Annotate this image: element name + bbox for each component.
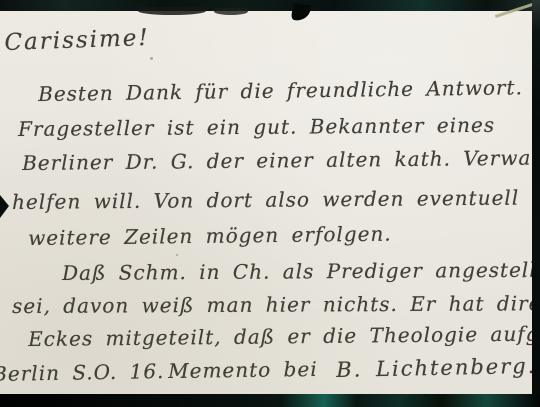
handwriting-line-3: Berliner Dr. G. der einer alten kath. Ve… [22,146,540,175]
handwriting-line-5: weitere Zeilen mögen erfolgen. [28,222,392,250]
handwriting-line-2: Fragesteller ist ein gut. Bekannter eine… [18,113,495,141]
handwriting-line-1: Besten Dank für die freundliche Antwort. [38,75,523,106]
paper-speckle [522,276,525,278]
signature: B. Lichtenberg. [336,354,537,382]
handwriting-line-7: sei, davon weiß man hier nichts. Er hat … [12,291,540,318]
handwriting-line-4: helfen will. Von dort also werden eventu… [12,186,519,214]
paper-speckle [176,254,178,256]
left-edge-tear-notch [0,195,9,218]
postcard-paper: Carissime! Besten Dank für die freundlic… [0,0,540,407]
paper-speckle [150,57,153,60]
scan-edge-right [532,0,540,407]
handwriting-line-8: Eckes mitgeteilt, daß er die Theologie a… [28,321,540,351]
edge-smudge [138,7,206,15]
handwriting-line-6: Daß Schm. in Ch. als Prediger angestellt [62,258,540,285]
edge-smudge [214,8,248,15]
scanned-postcard-view: Carissime! Besten Dank für die freundlic… [0,0,540,407]
scan-edge-top [0,0,540,11]
scan-edge-bottom [0,394,540,407]
greeting-line: Carissime! [4,25,150,56]
memento-note: Memento bei [168,357,318,383]
sender-place-line: Berlin S.O. 16. [0,359,165,386]
